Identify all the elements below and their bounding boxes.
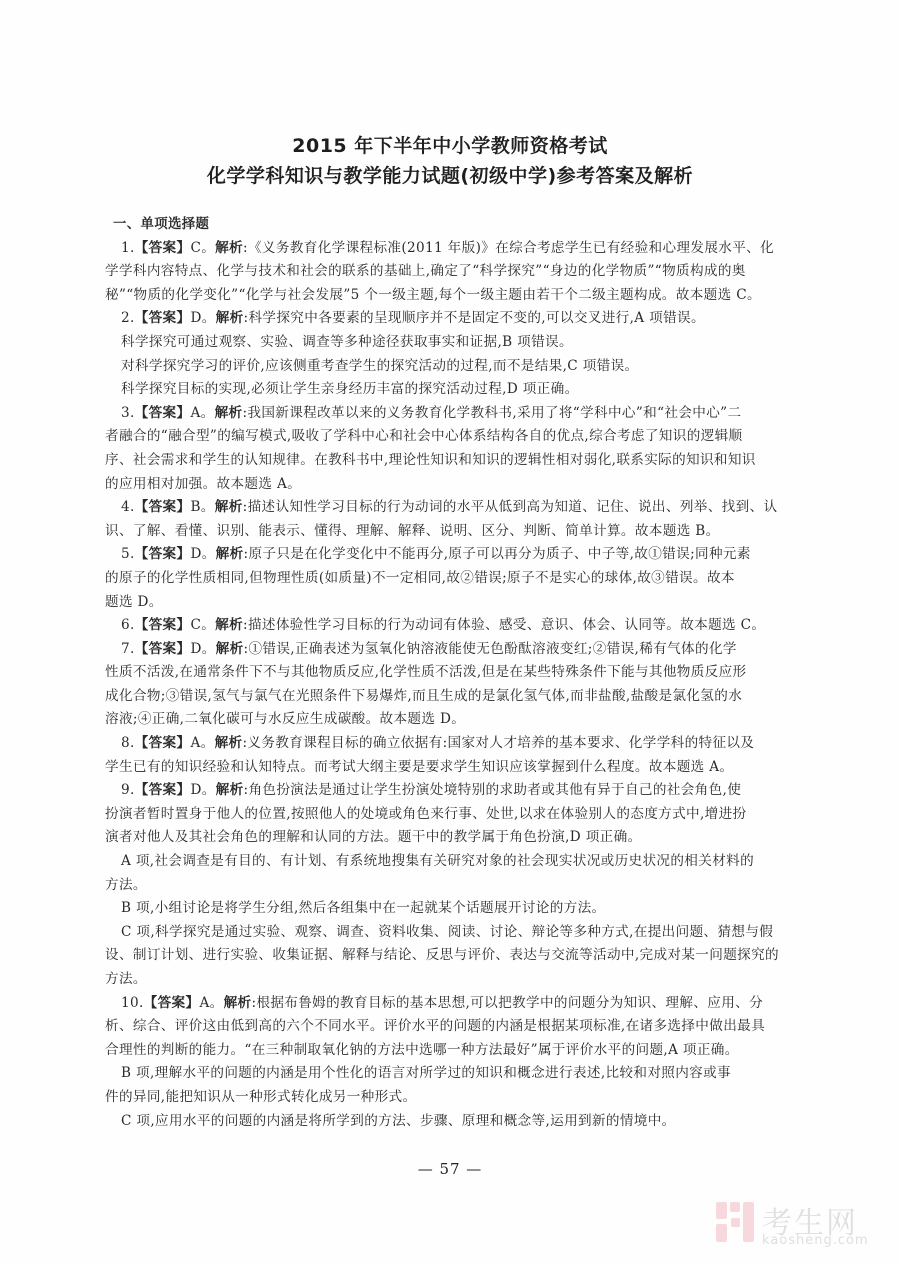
question-3: 3.【答案】A。解析:我国新课程改革以来的义务教育化学教科书,采用了将“学科中心… <box>113 402 823 426</box>
analysis-line: 序、社会需求和学生的认知规律。在教科书中,理论性知识和知识的逻辑性相对弱化,联系… <box>105 449 823 473</box>
question-number: 5. <box>121 546 135 562</box>
kaosheng-logo-icon <box>716 1202 754 1242</box>
option-analysis-line: B 项,理解水平的问题的内涵是用个性化的语言对所学过的知识和概念进行表述,比较和… <box>113 1062 823 1086</box>
analysis-label: 解析 <box>216 310 244 326</box>
answer-value: D。 <box>190 310 215 326</box>
option-analysis-line: 件的异同,能把知识从一种形式转化成另一种形式。 <box>105 1086 823 1110</box>
answer-label: 【答案】 <box>135 617 191 633</box>
analysis-text: :我国新课程改革以来的义务教育化学教科书,采用了将“学科中心”和“社会中心”二 <box>242 405 741 421</box>
option-analysis-line: 设、制订计划、进行实验、收集证据、解释与结论、反思与评价、表达与交流等活动中,完… <box>105 944 823 968</box>
watermark-brand-en: kaosheng.com <box>762 1233 869 1248</box>
analysis-line: 科学探究目标的实现,必须让学生亲身经历丰富的探究活动过程,D 项正确。 <box>113 378 823 402</box>
analysis-text: :科学探究中各要素的呈现顺序并不是固定不变的,可以交叉进行,A 项错误。 <box>244 310 705 326</box>
analysis-text: :角色扮演法是通过让学生扮演处境特别的求助者或其他有异于自己的社会角色,使 <box>244 782 742 798</box>
question-number: 8. <box>121 735 135 751</box>
answer-value: B。 <box>190 499 214 515</box>
question-number: 1. <box>121 240 135 256</box>
analysis-text: :《义务教育化学课程标准(2011 年版)》在综合考虑学生已有经验和心理发展水平… <box>243 240 774 256</box>
question-number: 10. <box>121 995 144 1011</box>
analysis-label: 解析 <box>215 735 243 751</box>
analysis-label: 解析 <box>215 617 243 633</box>
option-analysis-line: C 项,应用水平的问题的内涵是将所学到的方法、步骤、原理和概念等,运用到新的情境… <box>113 1110 823 1134</box>
question-2: 2.【答案】D。解析:科学探究中各要素的呈现顺序并不是固定不变的,可以交叉进行,… <box>113 307 823 331</box>
analysis-line: 析、综合、评价这由低到高的六个不同水平。评价水平的问题的内涵是根据某项标准,在诸… <box>105 1015 823 1039</box>
option-analysis-line: C 项,科学探究是通过实验、观察、调查、资料收集、阅读、讨论、辩论等多种方式,在… <box>113 921 823 945</box>
analysis-line: 者融合的“融合型”的编写模式,吸收了学科中心和社会中心体系结构各自的优点,综合考… <box>105 425 823 449</box>
question-number: 4. <box>121 499 135 515</box>
answer-value: C。 <box>190 240 215 256</box>
answer-value: A。 <box>190 735 214 751</box>
answer-label: 【答案】 <box>135 499 191 515</box>
option-analysis-line: A 项,社会调查是有目的、有计划、有系统地搜集有关研究对象的社会现实状况或历史状… <box>113 850 823 874</box>
answer-label: 【答案】 <box>135 405 191 421</box>
option-analysis-line: 方法。 <box>105 968 823 992</box>
answer-label: 【答案】 <box>135 782 191 798</box>
question-10: 10.【答案】A。解析:根据布鲁姆的教育目标的基本思想,可以把教学中的问题分为知… <box>113 992 823 1016</box>
analysis-line: 成化合物;③错误,氢气与氯气在光照条件下易爆炸,而且生成的是氯化氢气体,而非盐酸… <box>105 685 823 709</box>
analysis-line: 的原子的化学性质相同,但物理性质(如质量)不一定相同,故②错误;原子不是实心的球… <box>105 567 823 591</box>
question-6: 6.【答案】C。解析:描述体验性学习目标的行为动词有体验、感受、意识、体会、认同… <box>113 614 823 638</box>
analysis-label: 解析 <box>215 405 243 421</box>
analysis-line: 学生已有的知识经验和认知特点。而考试大纲主要是要求学生知识应该掌握到什么程度。故… <box>105 756 823 780</box>
question-number: 7. <box>121 641 135 657</box>
answer-value: D。 <box>190 546 215 562</box>
answer-label: 【答案】 <box>135 735 191 751</box>
question-1: 1.【答案】C。解析:《义务教育化学课程标准(2011 年版)》在综合考虑学生已… <box>113 237 823 261</box>
answer-label: 【答案】 <box>135 310 191 326</box>
question-9: 9.【答案】D。解析:角色扮演法是通过让学生扮演处境特别的求助者或其他有异于自己… <box>113 779 823 803</box>
analysis-label: 解析 <box>216 641 244 657</box>
answer-label: 【答案】 <box>135 641 191 657</box>
answer-value: D。 <box>190 641 215 657</box>
option-analysis-line: 方法。 <box>105 874 823 898</box>
analysis-line: 对科学探究学习的评价,应该侧重考查学生的探究活动的过程,而不是结果,C 项错误。 <box>113 355 823 379</box>
section-heading: 一、单项选择题 <box>113 213 823 237</box>
question-8: 8.【答案】A。解析:义务教育课程目标的确立依据有:国家对人才培养的基本要求、化… <box>113 732 823 756</box>
analysis-line: 秘”“物质的化学变化”“化学与社会发展”5 个一级主题,每个一级主题由若干个二级… <box>105 284 823 308</box>
analysis-text: :描述体验性学习目标的行为动词有体验、感受、意识、体会、认同等。故本题选 C。 <box>243 617 765 633</box>
question-number: 6. <box>121 617 135 633</box>
document-title-line1: 2015 年下半年中小学教师资格考试 <box>0 131 900 158</box>
analysis-label: 解析 <box>215 240 243 256</box>
analysis-line: 识、了解、看懂、识别、能表示、懂得、理解、解释、说明、区分、判断、简单计算。故本… <box>105 520 823 544</box>
question-number: 2. <box>121 310 135 326</box>
answer-value: A。 <box>199 995 223 1011</box>
answer-label: 【答案】 <box>144 995 200 1011</box>
question-number: 9. <box>121 782 135 798</box>
watermark: 考生网 kaosheng.com <box>716 1200 896 1256</box>
analysis-label: 解析 <box>215 499 243 515</box>
answer-label: 【答案】 <box>135 240 191 256</box>
analysis-line: 科学探究可通过观察、实验、调查等多种途径获取事实和证据,B 项错误。 <box>113 331 823 355</box>
document-body: 一、单项选择题 1.【答案】C。解析:《义务教育化学课程标准(2011 年版)》… <box>113 213 823 1133</box>
question-4: 4.【答案】B。解析:描述认知性学习目标的行为动词的水平从低到高为知道、记住、说… <box>113 496 823 520</box>
analysis-text: :描述认知性学习目标的行为动词的水平从低到高为知道、记住、说出、列举、找到、认 <box>243 499 778 515</box>
analysis-text: :根据布鲁姆的教育目标的基本思想,可以把教学中的问题分为知识、理解、应用、分 <box>251 995 763 1011</box>
analysis-text: :义务教育课程目标的确立依据有:国家对人才培养的基本要求、化学学科的特征以及 <box>242 735 754 751</box>
analysis-line: 的应用相对加强。故本题选 A。 <box>105 473 823 497</box>
question-5: 5.【答案】D。解析:原子只是在化学变化中不能再分,原子可以再分为质子、中子等,… <box>113 543 823 567</box>
document-page: 2015 年下半年中小学教师资格考试 化学学科知识与教学能力试题(初级中学)参考… <box>0 0 900 1266</box>
analysis-line: 扮演者暂时置身于他人的位置,按照他人的处境或角色来行事、处世,以求在体验别人的态… <box>105 803 823 827</box>
page-number: — 57 — <box>0 1160 900 1178</box>
analysis-line: 题选 D。 <box>105 591 823 615</box>
answer-value: C。 <box>190 617 215 633</box>
question-7: 7.【答案】D。解析:①错误,正确表述为氢氧化钠溶液能使无色酚酞溶液变红;②错误… <box>113 638 823 662</box>
analysis-line: 性质不活泼,在通常条件下不与其他物质反应,化学性质不活泼,但是在某些特殊条件下能… <box>105 661 823 685</box>
analysis-text: :①错误,正确表述为氢氧化钠溶液能使无色酚酞溶液变红;②错误,稀有气体的化学 <box>244 641 737 657</box>
analysis-label: 解析 <box>216 782 244 798</box>
analysis-label: 解析 <box>224 995 252 1011</box>
analysis-text: :原子只是在化学变化中不能再分,原子可以再分为质子、中子等,故①错误;同种元素 <box>244 546 751 562</box>
answer-value: D。 <box>190 782 215 798</box>
question-number: 3. <box>121 405 135 421</box>
analysis-label: 解析 <box>216 546 244 562</box>
answer-value: A。 <box>190 405 214 421</box>
analysis-line: 溶液;④正确,二氧化碳可与水反应生成碳酸。故本题选 D。 <box>105 708 823 732</box>
document-title-line2: 化学学科知识与教学能力试题(初级中学)参考答案及解析 <box>0 161 900 188</box>
analysis-line: 学学科内容特点、化学与技术和社会的联系的基础上,确定了“科学探究”“身边的化学物… <box>105 260 823 284</box>
analysis-line: 演者对他人及其社会角色的理解和认同的方法。题干中的教学属于角色扮演,D 项正确。 <box>105 826 823 850</box>
answer-label: 【答案】 <box>135 546 191 562</box>
analysis-line: 合理性的判断的能力。“在三种制取氧化钠的方法中选哪一种方法最好”属于评价水平的问… <box>105 1039 823 1063</box>
option-analysis-line: B 项,小组讨论是将学生分组,然后各组集中在一起就某个话题展开讨论的方法。 <box>113 897 823 921</box>
